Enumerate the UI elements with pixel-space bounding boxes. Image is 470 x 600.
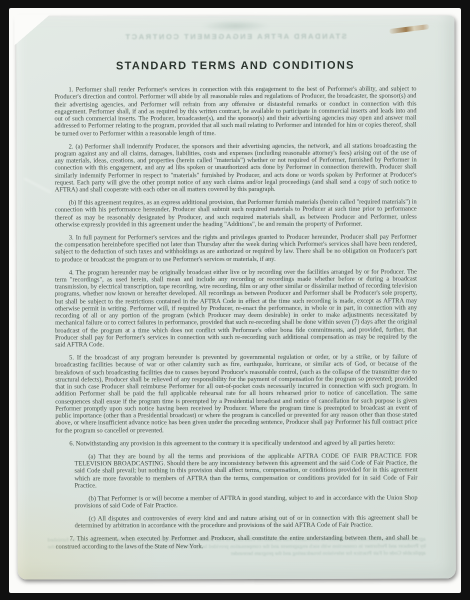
contract-page: STANDARD AFTRA ENGAGEMENT CONTRACT STAND… [16,15,455,579]
clause-6: 6. Notwithstanding any provision in this… [55,439,417,447]
clause-6a: (a) That they are bound by all the terms… [74,452,417,489]
clause-3: 3. In full payment for Performer's servi… [55,233,417,263]
clause-1: 1. Performer shall render Performer's se… [54,86,416,138]
bleedthrough-smudge [200,20,270,32]
clause-2a: 2. (a) Performer shall indemnify Produce… [55,142,417,194]
clause-2b: (b) If this agreement requires, as an ex… [55,199,417,229]
age-tint [18,489,158,579]
terms-body: 1. Performer shall render Performer's se… [54,86,417,557]
bleedthrough-heading: STANDARD AFTRA ENGAGEMENT CONTRACT [16,31,454,41]
page-title: STANDARD TERMS AND CONDITIONS [16,59,454,72]
crease-line [24,178,51,193]
clause-5: 5. If the broadcast of any program hereu… [55,354,417,435]
clause-4: 4. The program hereunder may be original… [55,268,417,349]
